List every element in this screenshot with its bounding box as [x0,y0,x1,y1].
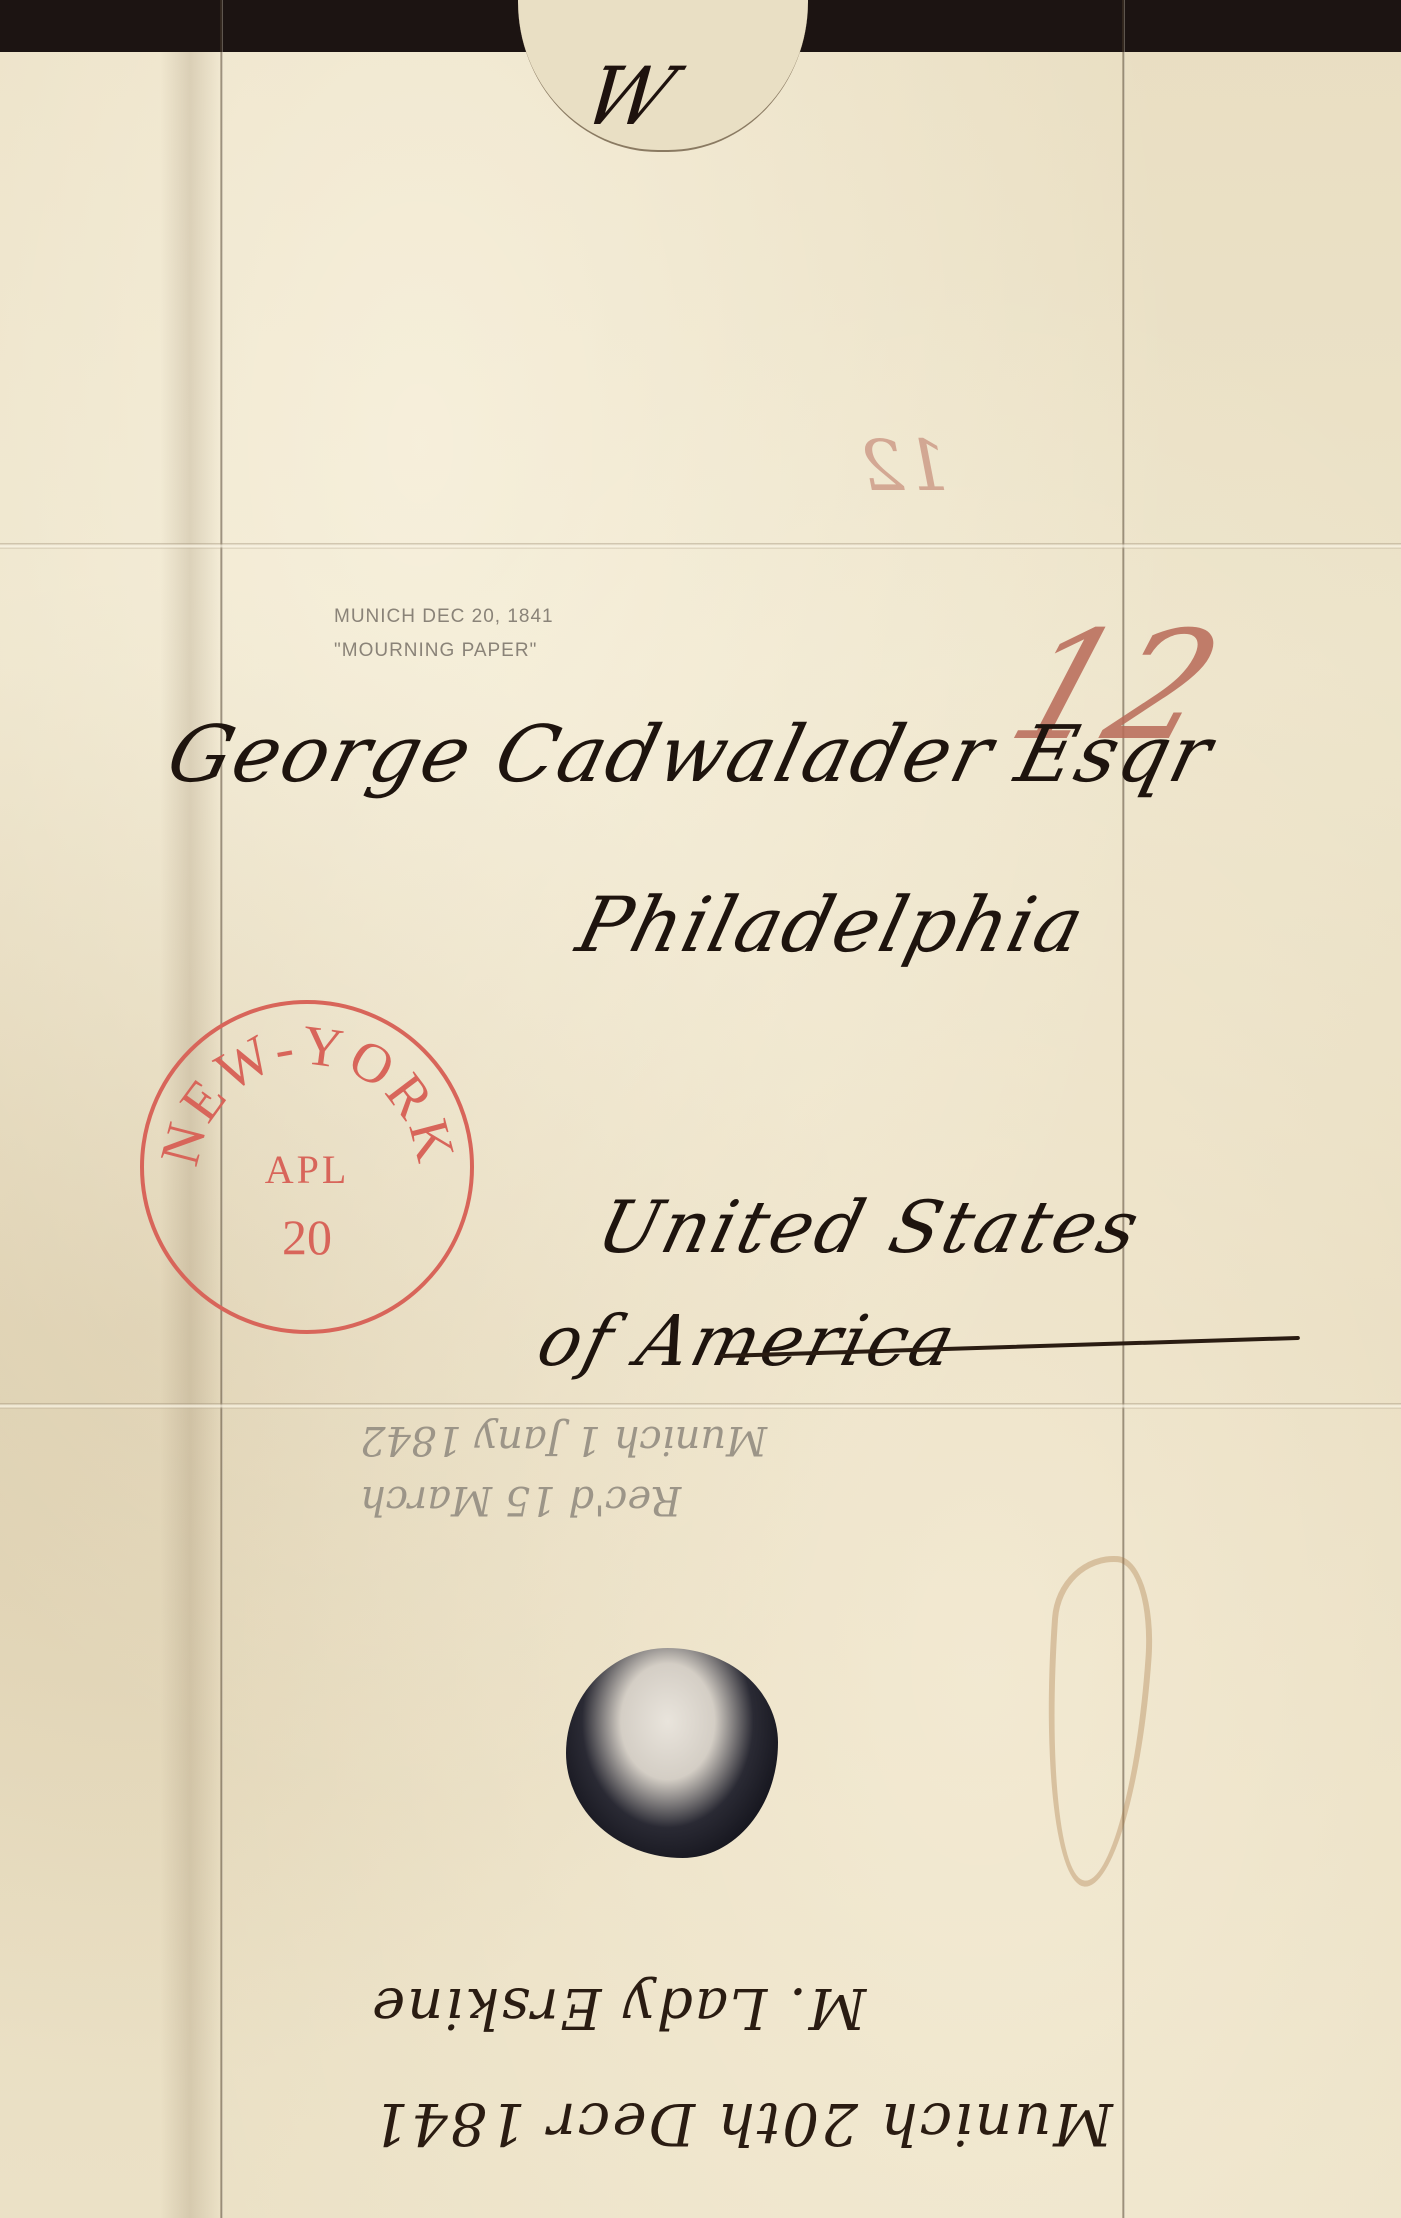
fold-line-horizontal-bottom [0,1403,1401,1409]
address-country-line1: United States [590,1185,1150,1269]
rate-offset-mark: 12 [860,425,949,507]
postmark-day: 20 [144,1208,470,1266]
docket-line2: Munich 1 Jany 1842 [360,1410,1000,1470]
address-country-line2: of America [530,1300,966,1382]
pencil-annotation: Munich Dec 20, 1841 "Mourning Paper" [334,600,554,668]
docket-line1: Rec'd 15 March [360,1470,1000,1530]
new-york-postmark: NEW-YORK APL 20 [140,1000,474,1334]
inverted-date-line: Munich 20th Decr 1841 [370,2090,1113,2158]
fold-line-vertical-right [1122,0,1125,2218]
address-name: George Cadwalader Esqr [159,710,1222,800]
pencil-annotation-line1: Munich Dec 20, 1841 [334,600,554,634]
postmark-month: APL [144,1146,470,1193]
address-city: Philadelphia [569,880,1094,969]
fold-line-horizontal-top [0,543,1401,549]
pencil-annotation-line2: "Mourning Paper" [334,634,554,668]
mourning-border [0,0,1401,52]
inverted-recipient-line: M. Lady Erskine [370,1975,866,2040]
pencil-docket: Rec'd 15 March Munich 1 Jany 1842 [360,1410,1000,1530]
